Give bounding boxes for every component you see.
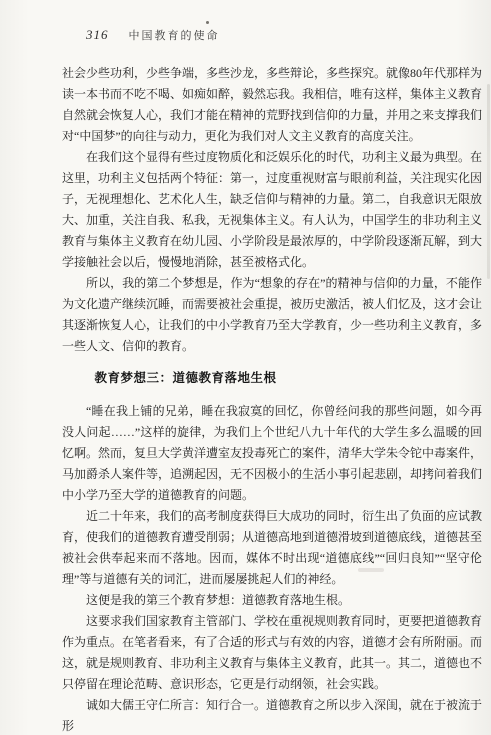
paragraph: 近二十年来，我们的高考制度获得巨大成功的同时，衍生出了负面的应试教育，使我们的道… <box>62 506 482 590</box>
paragraph-incomplete: 诚如大儒王守仁所言：知行合一。道德教育之所以步入深闺，就在于被流于形 <box>62 695 482 735</box>
paragraph: 在我们这个显得有些过度物质化和泛娱乐化的时代，功利主义最为典型。在这里，功利主义… <box>62 147 482 273</box>
paragraph: “睡在我上铺的兄弟，睡在我寂寞的回忆，你曾经问我的那些问题，如今再没人问起……”… <box>62 401 482 506</box>
paragraph: 这便是我的第三个教育梦想：道德教育落地生根。 <box>62 590 482 611</box>
paragraph: 所以，我的第二个梦想是，作为“想象的存在”的精神与信仰的力量，不能作为文化遗产继… <box>62 273 482 357</box>
paragraph-continuation: 社会少些功利，少些争端，多些沙龙，多些辩论，多些探究。就像80年代那样为读一本书… <box>62 63 482 147</box>
scan-speck <box>206 21 209 24</box>
paragraph: 这要求我们国家教育主管部门、学校在重视规则教育同时，更要把道德教育作为重点。在笔… <box>62 611 482 695</box>
section-heading: 教育梦想三：道德教育落地生根 <box>62 368 482 389</box>
book-title: 中国教育的使命 <box>129 30 220 42</box>
page-body: 社会少些功利，少些争端，多些沙龙，多些辩论，多些探究。就像80年代那样为读一本书… <box>62 63 482 735</box>
page-number: 316 <box>86 27 109 42</box>
scan-edge-artifact <box>487 84 490 279</box>
running-head: 316中国教育的使命 <box>86 26 220 44</box>
book-page: 316中国教育的使命 社会少些功利，少些争端，多些沙龙，多些辩论，多些探究。就像… <box>0 0 491 735</box>
scan-smudge-artifact <box>358 568 384 572</box>
